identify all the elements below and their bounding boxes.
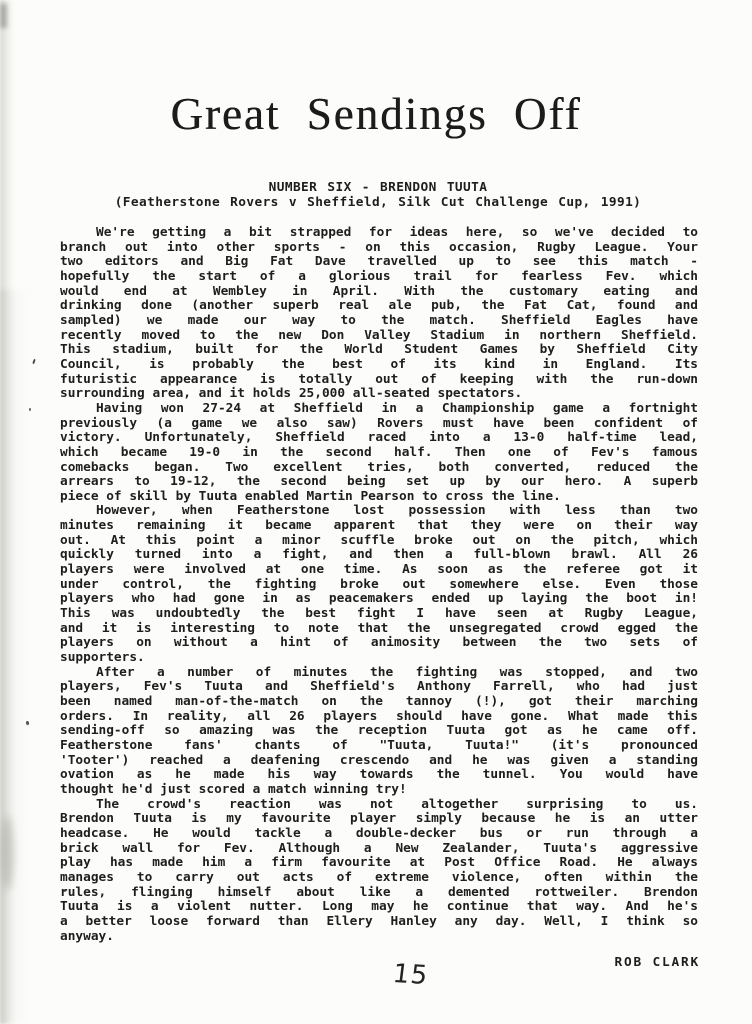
text-line: comebacks began. Two excellent tries, bo…	[60, 461, 698, 476]
text-line: two editors and Big Fat Dave travelled u…	[60, 255, 698, 270]
text-line: a better loose forward than Ellery Hanle…	[60, 915, 698, 930]
text-line: arrears to 19-12, the second being set u…	[60, 475, 698, 490]
text-line: recently moved to the new Don Valley Sta…	[60, 329, 698, 344]
text-line: Brendon Tuuta is my favourite player sim…	[60, 812, 698, 827]
text-line: 'Tooter') reached a deafening crescendo …	[60, 754, 698, 769]
scan-speck	[32, 359, 35, 364]
paragraph: Having won 27-24 at Sheffield in a Champ…	[60, 402, 698, 505]
text-line: quickly turned into a fight, and then a …	[60, 548, 698, 563]
page-number: 15	[391, 959, 430, 991]
text-line: out. At this point a minor scuffle broke…	[60, 534, 698, 549]
text-line: manages to carry out acts of extreme vio…	[60, 871, 698, 886]
paragraph: After a number of minutes the fighting w…	[60, 666, 698, 798]
text-line: sampled) we made our way to the match. S…	[60, 314, 698, 329]
subtitle-match-line: (Featherstone Rovers v Sheffield, Silk C…	[58, 196, 698, 211]
text-line: play has made him a firm favourite at Po…	[60, 856, 698, 871]
text-line: Tuuta is a violent nutter. Long may he c…	[60, 900, 698, 915]
article-body: We're getting a bit strapped for ideas h…	[60, 226, 698, 944]
text-line: After a number of minutes the fighting w…	[60, 666, 698, 681]
text-line: We're getting a bit strapped for ideas h…	[60, 226, 698, 241]
text-line: branch out into other sports - on this o…	[60, 241, 698, 256]
subtitle-number-line: NUMBER SIX - BRENDON TUUTA	[58, 181, 698, 196]
text-line: headcase. He would tackle a double-decke…	[60, 827, 698, 842]
text-line: would end at Wembley in April. With the …	[60, 285, 698, 300]
text-line: rules, flinging himself about like a dem…	[60, 886, 698, 901]
text-line: players, Fev's Tuuta and Sheffield's Ant…	[60, 680, 698, 695]
text-line: supporters.	[60, 651, 698, 666]
text-line: drinking done (another superb real ale p…	[60, 299, 698, 314]
text-line: anyway.	[60, 930, 698, 945]
paragraph: The crowd's reaction was not altogether …	[60, 798, 698, 945]
author-byline: ROB CLARK	[614, 955, 700, 970]
text-line: Having won 27-24 at Sheffield in a Champ…	[60, 402, 698, 417]
text-line: This stadium, built for the World Studen…	[60, 343, 698, 358]
text-line: previously (a game we also saw) Rovers m…	[60, 417, 698, 432]
text-line: and it is interesting to note that the u…	[60, 622, 698, 637]
article-subtitle: NUMBER SIX - BRENDON TUUTA (Featherstone…	[58, 181, 698, 211]
text-line: surrounding area, and it holds 25,000 al…	[60, 387, 698, 402]
paragraph: However, when Featherstone lost possessi…	[60, 504, 698, 665]
text-line: under control, the fighting broke out so…	[60, 578, 698, 593]
text-line: This was undoubtedly the best fight I ha…	[60, 607, 698, 622]
text-line: victory. Unfortunately, Sheffield raced …	[60, 431, 698, 446]
scan-smudge	[0, 4, 7, 28]
text-line: piece of skill by Tuuta enabled Martin P…	[60, 490, 698, 505]
text-line: players were involved at one time. As so…	[60, 563, 698, 578]
text-line: futuristic appearance is totally out of …	[60, 373, 698, 388]
text-line: been named man-of-the-match on the tanno…	[60, 695, 698, 710]
paragraph: We're getting a bit strapped for ideas h…	[60, 226, 698, 402]
text-line: However, when Featherstone lost possessi…	[60, 504, 698, 519]
article-title: Great Sendings Off	[0, 90, 752, 138]
text-line: players on without a hint of animosity b…	[60, 636, 698, 651]
text-line: sending-off so amazing was the reception…	[60, 724, 698, 739]
text-line: orders. In reality, all 26 players shoul…	[60, 710, 698, 725]
scanned-document-page: Great Sendings Off NUMBER SIX - BRENDON …	[0, 0, 752, 1024]
scan-smudge	[1, 816, 14, 890]
text-line: brick wall for Fev. Although a New Zeala…	[60, 842, 698, 857]
text-line: players who had gone in as peacemakers e…	[60, 592, 698, 607]
text-line: thought he'd just scored a match winning…	[60, 783, 698, 798]
text-line: Council, is probably the best of its kin…	[60, 358, 698, 373]
text-line: hopefully the start of a glorious trail …	[60, 270, 698, 285]
scan-edge-shadow-lower	[0, 290, 28, 1024]
text-line: Featherstone fans' chants of "Tuuta, Tuu…	[60, 739, 698, 754]
scan-speck	[29, 408, 31, 411]
text-line: The crowd's reaction was not altogether …	[60, 798, 698, 813]
text-line: minutes remaining it became apparent tha…	[60, 519, 698, 534]
scan-speck	[26, 721, 30, 725]
text-line: which became 19-0 in the second half. Th…	[60, 446, 698, 461]
text-line: ovation as he made his way towards the t…	[60, 768, 698, 783]
